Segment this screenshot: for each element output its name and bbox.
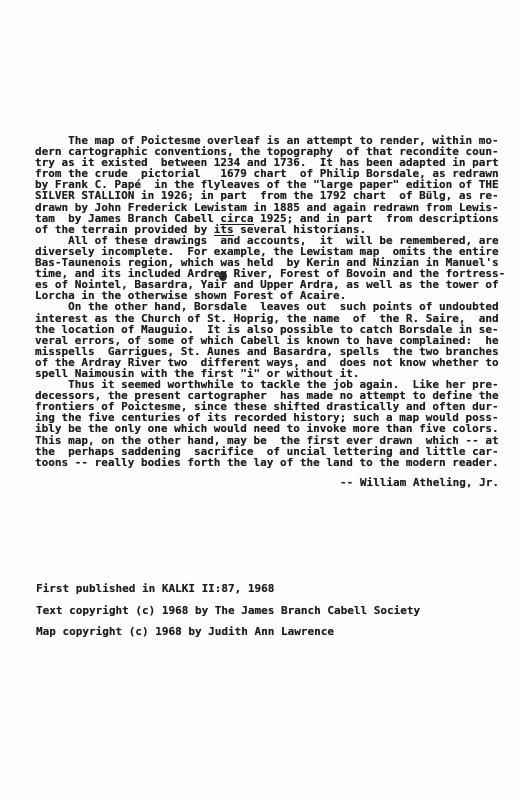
document-page: The map of Poictesme overleaf is an atte… <box>0 0 523 800</box>
overstrike-blob <box>219 271 227 281</box>
map-copyright-line: Map copyright (c) 1968 by Judith Ann Law… <box>36 626 334 637</box>
signature: -- William Atheling, Jr. <box>35 477 499 488</box>
first-published-line: First published in KALKI II:87, 1968 <box>36 583 274 594</box>
text-copyright-line: Text copyright (c) 1968 by The James Bra… <box>36 605 420 616</box>
body-text: The map of Poictesme overleaf is an atte… <box>35 135 505 468</box>
circa-underline <box>220 224 254 225</box>
its-underline <box>214 235 234 236</box>
